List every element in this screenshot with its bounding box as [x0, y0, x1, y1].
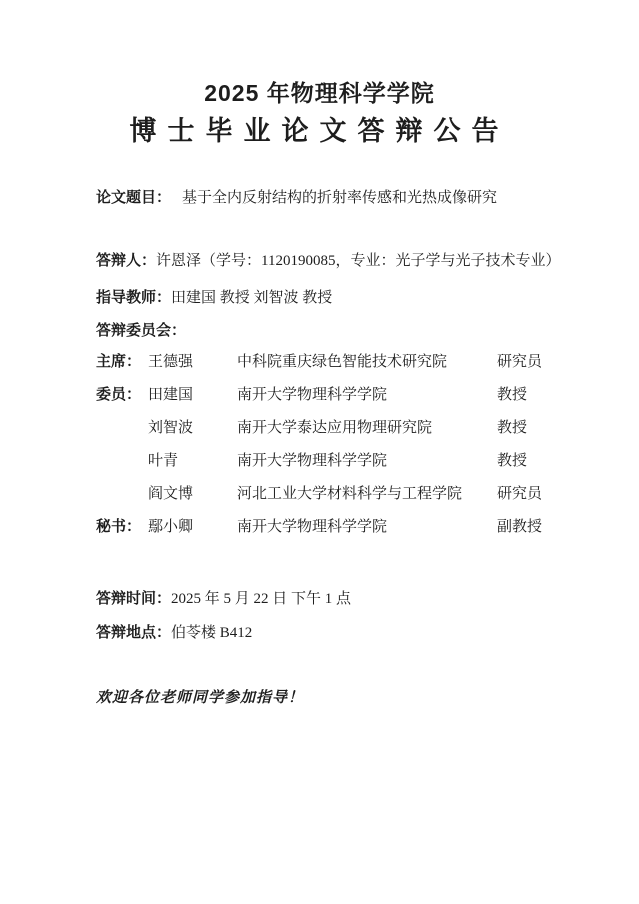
committee-member-affiliation: 南开大学物理科学学院	[237, 379, 497, 412]
committee-role-label: 主席：	[96, 346, 148, 379]
committee-table: 主席： 王德强 中科院重庆绿色智能技术研究院 研究员 委员： 田建国 南开大学物…	[96, 346, 593, 544]
committee-role-label: 委员：	[96, 379, 148, 412]
committee-member-affiliation: 河北工业大学材料科学与工程学院	[237, 478, 497, 511]
defense-time-row: 答辩时间：2025 年 5 月 22 日 下午 1 点	[96, 588, 593, 610]
thesis-title-row: 论文题目：基于全内反射结构的折射率传感和光热成像研究	[96, 187, 593, 209]
advisors-label: 指导教师：	[96, 290, 171, 306]
page-title-line2: 博士毕业论文答辩公告	[0, 113, 639, 149]
committee-member-name: 田建国	[148, 379, 237, 412]
committee-row-member: 刘智波 南开大学泰达应用物理研究院 教授	[96, 412, 593, 445]
committee-member-name: 王德强	[148, 346, 237, 379]
defense-place-row: 答辩地点：伯苓楼 B412	[96, 622, 593, 644]
committee-row-member: 委员： 田建国 南开大学物理科学学院 教授	[96, 379, 593, 412]
page-title-line1: 2025 年物理科学学院	[0, 79, 639, 107]
committee-member-title: 教授	[497, 412, 593, 445]
committee-row-member: 叶青 南开大学物理科学学院 教授	[96, 445, 593, 478]
thesis-title-value: 基于全内反射结构的折射率传感和光热成像研究	[182, 190, 497, 206]
candidate-row: 答辩人：许恩泽（学号：1120190085，专业：光子学与光子技术专业）	[96, 250, 593, 272]
committee-role-label	[96, 478, 148, 511]
committee-member-title: 教授	[497, 445, 593, 478]
defense-place-value: 伯苓楼 B412	[171, 625, 252, 641]
committee-heading: 答辩委员会：	[96, 320, 639, 342]
committee-member-name: 鄢小卿	[148, 511, 237, 544]
committee-member-affiliation: 南开大学物理科学学院	[237, 445, 497, 478]
committee-member-affiliation: 南开大学泰达应用物理研究院	[237, 412, 497, 445]
committee-member-affiliation: 南开大学物理科学学院	[237, 511, 497, 544]
committee-member-name: 刘智波	[148, 412, 237, 445]
committee-role-label	[96, 412, 148, 445]
committee-row-secretary: 秘书： 鄢小卿 南开大学物理科学学院 副教授	[96, 511, 593, 544]
committee-row-chair: 主席： 王德强 中科院重庆绿色智能技术研究院 研究员	[96, 346, 593, 379]
closing-invitation: 欢迎各位老师同学参加指导！	[96, 687, 639, 709]
committee-member-name: 叶青	[148, 445, 237, 478]
committee-member-affiliation: 中科院重庆绿色智能技术研究院	[237, 346, 497, 379]
committee-member-title: 研究员	[497, 478, 593, 511]
thesis-title-label: 论文题目：	[96, 190, 171, 206]
defense-time-label: 答辩时间：	[96, 591, 171, 607]
defense-place-label: 答辩地点：	[96, 625, 171, 641]
committee-member-name: 阎文博	[148, 478, 237, 511]
committee-row-member: 阎文博 河北工业大学材料科学与工程学院 研究员	[96, 478, 593, 511]
defense-time-value: 2025 年 5 月 22 日 下午 1 点	[171, 591, 351, 607]
announcement-page: 2025 年物理科学学院 博士毕业论文答辩公告 论文题目：基于全内反射结构的折射…	[0, 0, 639, 904]
advisors-row: 指导教师：田建国 教授 刘智波 教授	[96, 287, 593, 309]
candidate-value: 许恩泽（学号：1120190085，专业：光子学与光子技术专业）	[156, 253, 560, 269]
committee-member-title: 副教授	[497, 511, 593, 544]
candidate-label: 答辩人：	[96, 253, 156, 269]
committee-role-label: 秘书：	[96, 511, 148, 544]
committee-member-title: 教授	[497, 379, 593, 412]
committee-role-label	[96, 445, 148, 478]
advisors-value: 田建国 教授 刘智波 教授	[171, 290, 332, 306]
committee-member-title: 研究员	[497, 346, 593, 379]
